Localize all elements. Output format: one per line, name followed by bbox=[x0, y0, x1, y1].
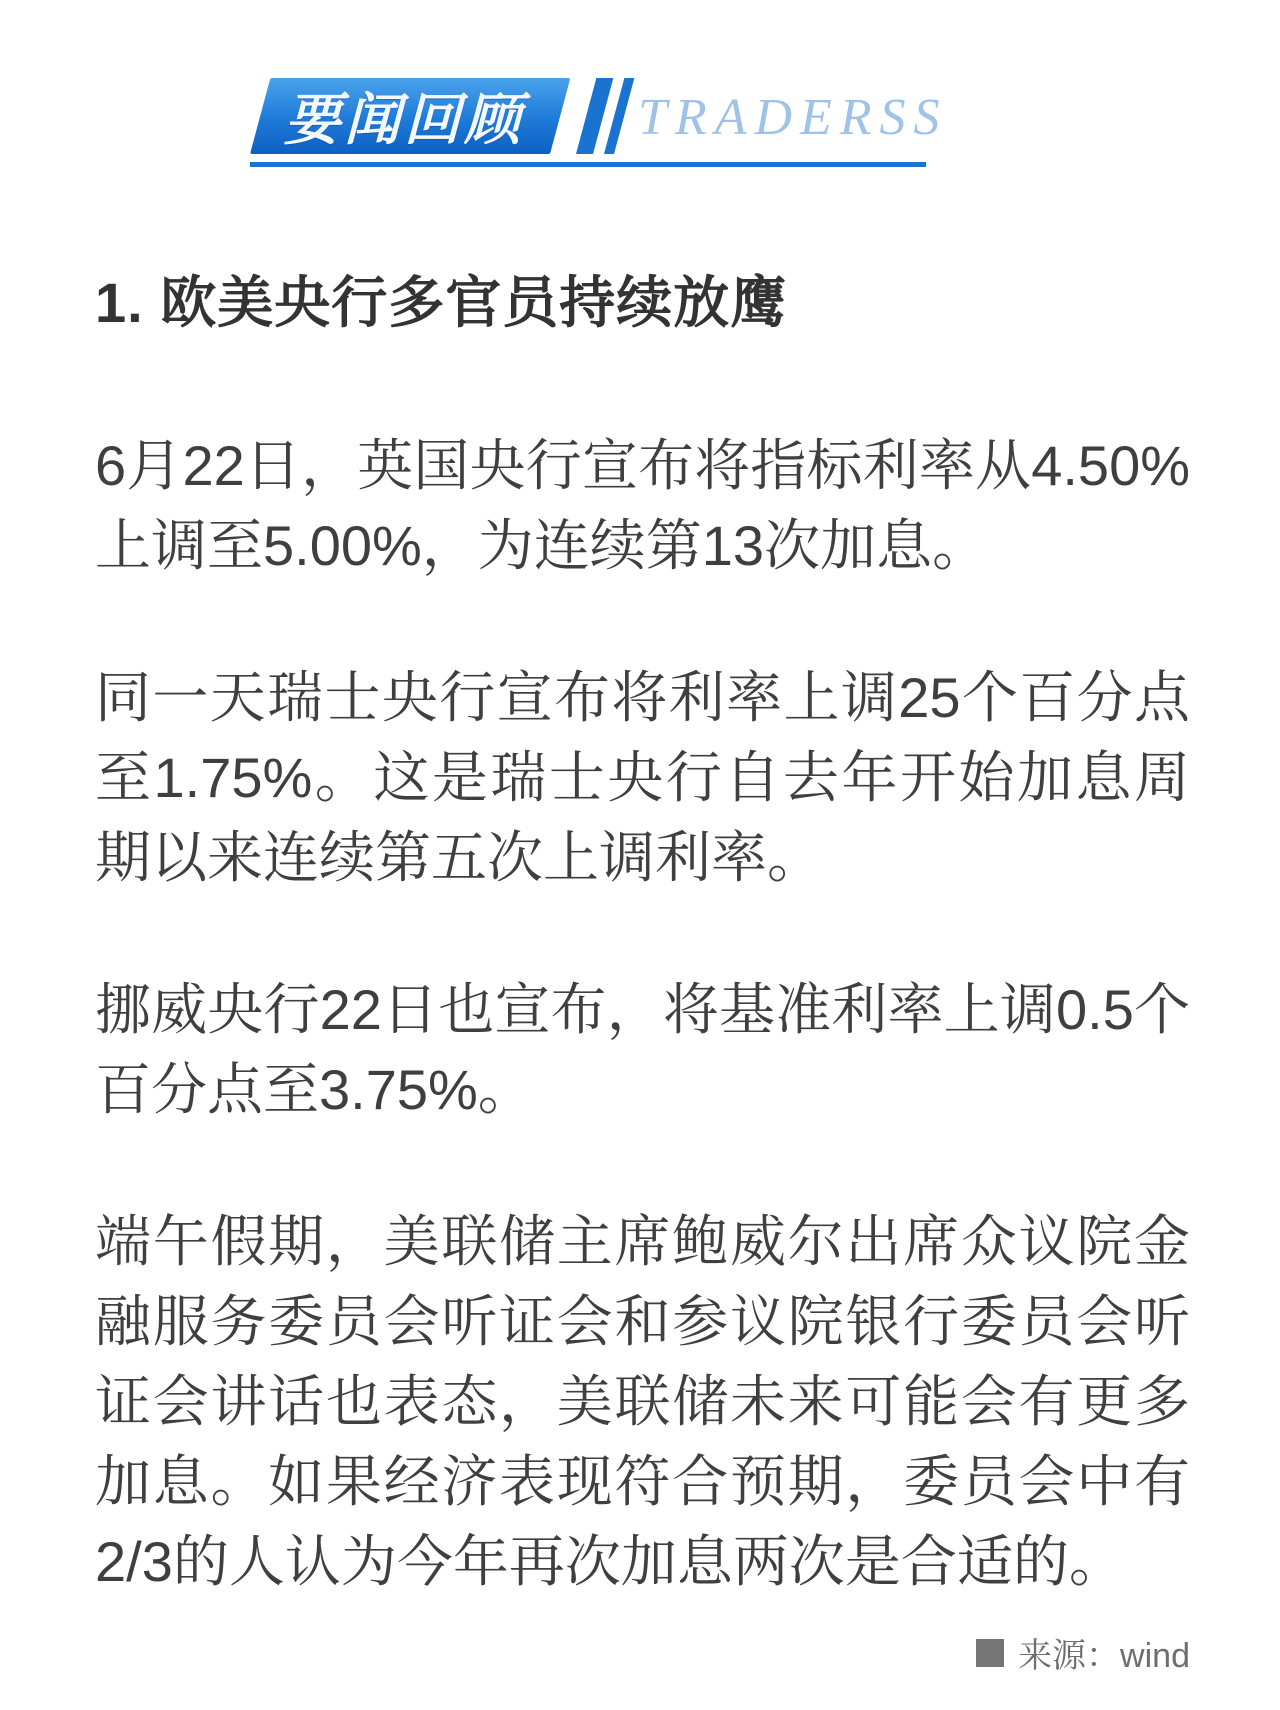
news-review-badge: 要闻回顾 bbox=[250, 78, 570, 154]
paragraph-fed-powell-testimony: 端午假期，美联储主席鲍威尔出席众议院金融服务委员会听证会和参议院银行委员会听证会… bbox=[95, 1202, 1190, 1602]
source-label: 来源：wind bbox=[1018, 1628, 1190, 1677]
paragraph-boe-rate-hike: 6月22日，英国央行宣布将指标利率从4.50%上调至5.00%，为连续第13次加… bbox=[95, 426, 1190, 586]
header-underline bbox=[250, 162, 926, 167]
brand-wordmark: TRADERSS bbox=[638, 92, 948, 154]
paragraph-norway-rate-hike: 挪威央行22日也宣布，将基准利率上调0.5个百分点至3.75%。 bbox=[95, 970, 1190, 1130]
section-heading: 1. 欧美央行多官员持续放鹰 bbox=[95, 263, 1190, 343]
badge-label: 要闻回顾 bbox=[279, 76, 540, 156]
header-banner: 要闻回顾 TRADERSS bbox=[250, 78, 948, 167]
article-body: 1. 欧美央行多官员持续放鹰 6月22日，英国央行宣布将指标利率从4.50%上调… bbox=[95, 263, 1190, 1602]
header-row: 要闻回顾 TRADERSS bbox=[250, 78, 948, 154]
source-square-icon bbox=[976, 1639, 1004, 1667]
paragraph-snb-rate-hike: 同一天瑞士央行宣布将利率上调25个百分点至1.75%。这是瑞士央行自去年开始加息… bbox=[95, 658, 1190, 898]
source-attribution: 来源：wind bbox=[976, 1628, 1190, 1677]
